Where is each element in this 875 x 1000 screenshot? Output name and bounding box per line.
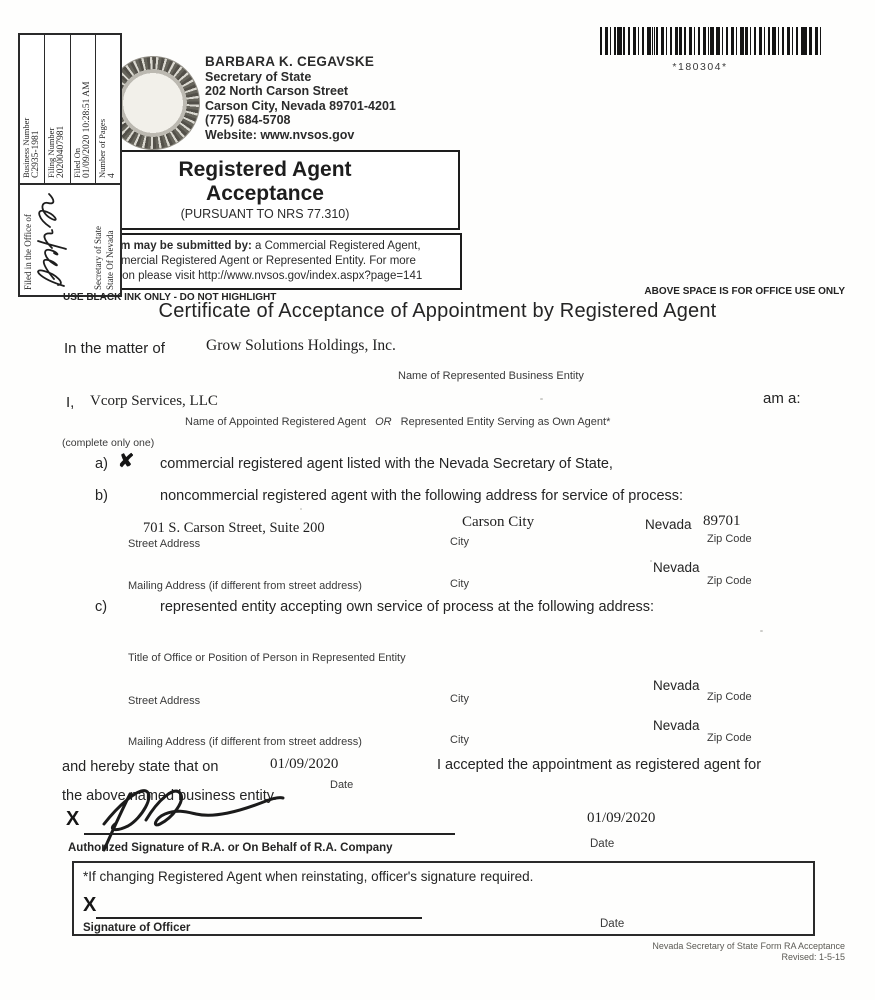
- option-a-checkmark: ✘: [117, 450, 134, 474]
- sos-signature-script: [28, 189, 74, 293]
- sos-phone: (775) 684-5708: [205, 113, 396, 128]
- scan-noise: [760, 630, 763, 632]
- officer-x: X: [83, 894, 96, 917]
- street-address-label: Street Address: [128, 538, 200, 550]
- c-zip-label: Zip Code: [707, 691, 752, 703]
- zip-label: Zip Code: [707, 533, 752, 545]
- instruction-line3: information please visit http://www.nvso…: [78, 269, 454, 284]
- stamp-field-label: Filing Number: [46, 35, 56, 178]
- option-b-text: noncommercial registered agent with the …: [160, 488, 683, 504]
- statement-date-value: 01/09/2020: [270, 756, 338, 773]
- officer-signature-label: Signature of Officer: [83, 922, 190, 934]
- entity-name-value: Grow Solutions Holdings, Inc.: [206, 337, 396, 355]
- ra-signature-label: Authorized Signature of R.A. or On Behal…: [68, 842, 393, 854]
- option-b-letter: b): [95, 488, 108, 504]
- agent-label-name: Name of Appointed Registered Agent: [185, 416, 366, 428]
- stamp-field-business-number: Business Number C2935-1981: [20, 35, 45, 183]
- stamp-office-line2: State Of Nevada: [105, 226, 116, 290]
- form-title-box: Registered Agent Acceptance (PURSUANT TO…: [70, 150, 460, 230]
- scan-noise: [650, 560, 652, 562]
- barcode-icon: [600, 27, 823, 55]
- ra-date-label: Date: [590, 838, 614, 850]
- statement-part2: I accepted the appointment as registered…: [437, 757, 761, 773]
- agent-label-own: Represented Entity Serving as Own Agent*: [401, 416, 611, 428]
- officer-signature-box: *If changing Registered Agent when reins…: [72, 861, 815, 936]
- instruction-line1-rest: a Commercial Registered Agent,: [252, 240, 421, 252]
- form-footer: Nevada Secretary of State Form RA Accept…: [445, 941, 845, 962]
- option-c-letter: c): [95, 599, 107, 615]
- c-mailing-zip-label: Zip Code: [707, 732, 752, 744]
- filing-stamp-content: Filed in the Office of Secretary of Stat…: [20, 35, 120, 295]
- sos-website: Website: www.nvsos.gov: [205, 128, 396, 143]
- scan-noise: [300, 508, 302, 510]
- footer-line2: Revised: 1-5-15: [445, 952, 845, 963]
- sos-address2: Carson City, Nevada 89701-4201: [205, 99, 396, 114]
- officer-signature-line: [96, 917, 422, 919]
- option-a-letter: a): [95, 456, 108, 472]
- mailing-address-label: Mailing Address (if different from stree…: [128, 580, 362, 592]
- matter-prefix: In the matter of: [64, 340, 165, 357]
- sos-name: BARBARA K. CEGAVSKE: [205, 55, 396, 70]
- ra-signature-line: [84, 833, 455, 835]
- mailing-city-label: City: [450, 578, 469, 590]
- agent-i: I,: [66, 394, 74, 411]
- sos-header: BARBARA K. CEGAVSKE Secretary of State 2…: [205, 55, 396, 142]
- sos-address1: 202 North Carson Street: [205, 84, 396, 99]
- barcode-number: *180304*: [600, 61, 800, 73]
- agent-name-value: Vcorp Services, LLC: [90, 393, 218, 410]
- stamp-field-value: 4: [107, 35, 118, 178]
- agent-label-or: OR: [375, 416, 392, 428]
- footer-line1: Nevada Secretary of State Form RA Accept…: [445, 941, 845, 952]
- option-c-text: represented entity accepting own service…: [160, 599, 654, 615]
- statement-part1: and hereby state that on: [62, 759, 218, 775]
- c-street-label: Street Address: [128, 695, 200, 707]
- ra-signature-x: X: [66, 808, 79, 831]
- black-ink-notice: USE BLACK INK ONLY - DO NOT HIGHLIGHT: [63, 292, 276, 303]
- scan-noise: [540, 398, 543, 400]
- document-title: Certificate of Acceptance of Appointment…: [0, 300, 875, 323]
- street-address-value: 701 S. Carson Street, Suite 200: [143, 520, 325, 537]
- entity-name-label: Name of Represented Business Entity: [398, 370, 584, 382]
- complete-only-one-note: (complete only one): [62, 437, 154, 449]
- zip-value: 89701: [703, 513, 741, 530]
- c-mailing-city-label: City: [450, 734, 469, 746]
- stamp-data-cells: Business Number C2935-1981 Filing Number…: [20, 35, 120, 183]
- mailing-zip-label: Zip Code: [707, 575, 752, 587]
- instruction-line2: Noncommercial Registered Agent or Repres…: [78, 254, 454, 269]
- stamp-field-label: Business Number: [21, 35, 31, 178]
- stamp-field-filing-number: Filing Number 20200407981: [45, 35, 70, 183]
- ra-date-value: 01/09/2020: [587, 810, 655, 827]
- city-value: Carson City: [462, 514, 534, 531]
- form-title-statute: (PURSUANT TO NRS 77.310): [72, 207, 458, 221]
- stamp-field-value: 01/09/2020 10:28:51 AM: [82, 35, 93, 178]
- office-title-label: Title of Office or Position of Person in…: [128, 652, 406, 664]
- officer-note: *If changing Registered Agent when reins…: [83, 869, 533, 884]
- stamp-field-number-of-pages: Number of Pages 4: [96, 35, 120, 183]
- c-mailing-state-value: Nevada: [653, 718, 700, 733]
- stamp-field-label: Number of Pages: [97, 35, 107, 178]
- mailing-state-value: Nevada: [653, 560, 700, 575]
- c-mailing-label: Mailing Address (if different from stree…: [128, 736, 362, 748]
- office-use-notice: ABOVE SPACE IS FOR OFFICE USE ONLY: [545, 286, 845, 297]
- state-value: Nevada: [645, 517, 692, 532]
- c-city-label: City: [450, 693, 469, 705]
- stamp-office-lines: Secretary of State State Of Nevada: [92, 226, 116, 290]
- agent-name-label: Name of Appointed Registered Agent OR Re…: [185, 416, 610, 428]
- statement-date-label: Date: [330, 779, 353, 791]
- stamp-field-label: Filed On: [72, 35, 82, 178]
- stamp-office-line1: Secretary of State: [93, 226, 104, 290]
- stamp-signature-cell: Filed in the Office of Secretary of Stat…: [20, 183, 120, 295]
- city-label: City: [450, 536, 469, 548]
- sos-title: Secretary of State: [205, 70, 396, 85]
- agent-am-a: am a:: [763, 390, 801, 407]
- stamp-field-value: 20200407981: [56, 35, 67, 178]
- stamp-field-filed-on: Filed On 01/09/2020 10:28:51 AM: [71, 35, 96, 183]
- c-state-value: Nevada: [653, 678, 700, 693]
- form-title-line1: Registered Agent: [72, 158, 458, 182]
- option-a-text: commercial registered agent listed with …: [160, 456, 613, 472]
- form-title-line2: Acceptance: [72, 182, 458, 206]
- instruction-line1: This form may be submitted by: a Commerc…: [78, 239, 454, 254]
- officer-date-label: Date: [600, 918, 624, 930]
- filing-stamp: Filed in the Office of Secretary of Stat…: [18, 33, 122, 297]
- stamp-field-value: C2935-1981: [31, 35, 42, 178]
- instruction-box: This form may be submitted by: a Commerc…: [70, 233, 462, 290]
